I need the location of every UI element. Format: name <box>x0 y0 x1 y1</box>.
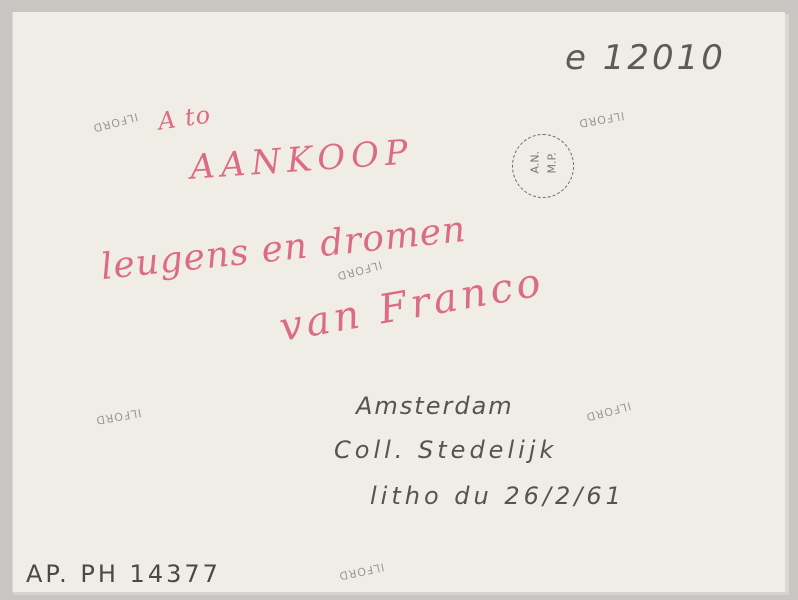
pencil-note-line3: litho du 26/2/61 <box>370 482 625 510</box>
stamp-line1: A.N. <box>528 159 541 173</box>
archive-label: AP. PH 14377 <box>26 560 221 588</box>
stamp-line2: M.P. <box>545 159 558 173</box>
inventory-number: e 12010 <box>565 38 726 78</box>
scanned-photo-verso: ILFORD ILFORD ILFORD ILFORD ILFORD ILFOR… <box>0 0 798 600</box>
card-edge <box>13 592 789 595</box>
pencil-note-line2: Coll. Stedelijk <box>334 436 557 464</box>
card-edge <box>785 14 789 592</box>
pencil-note-line1: Amsterdam <box>356 392 514 420</box>
circular-stamp: A.N. M.P. <box>512 134 574 198</box>
